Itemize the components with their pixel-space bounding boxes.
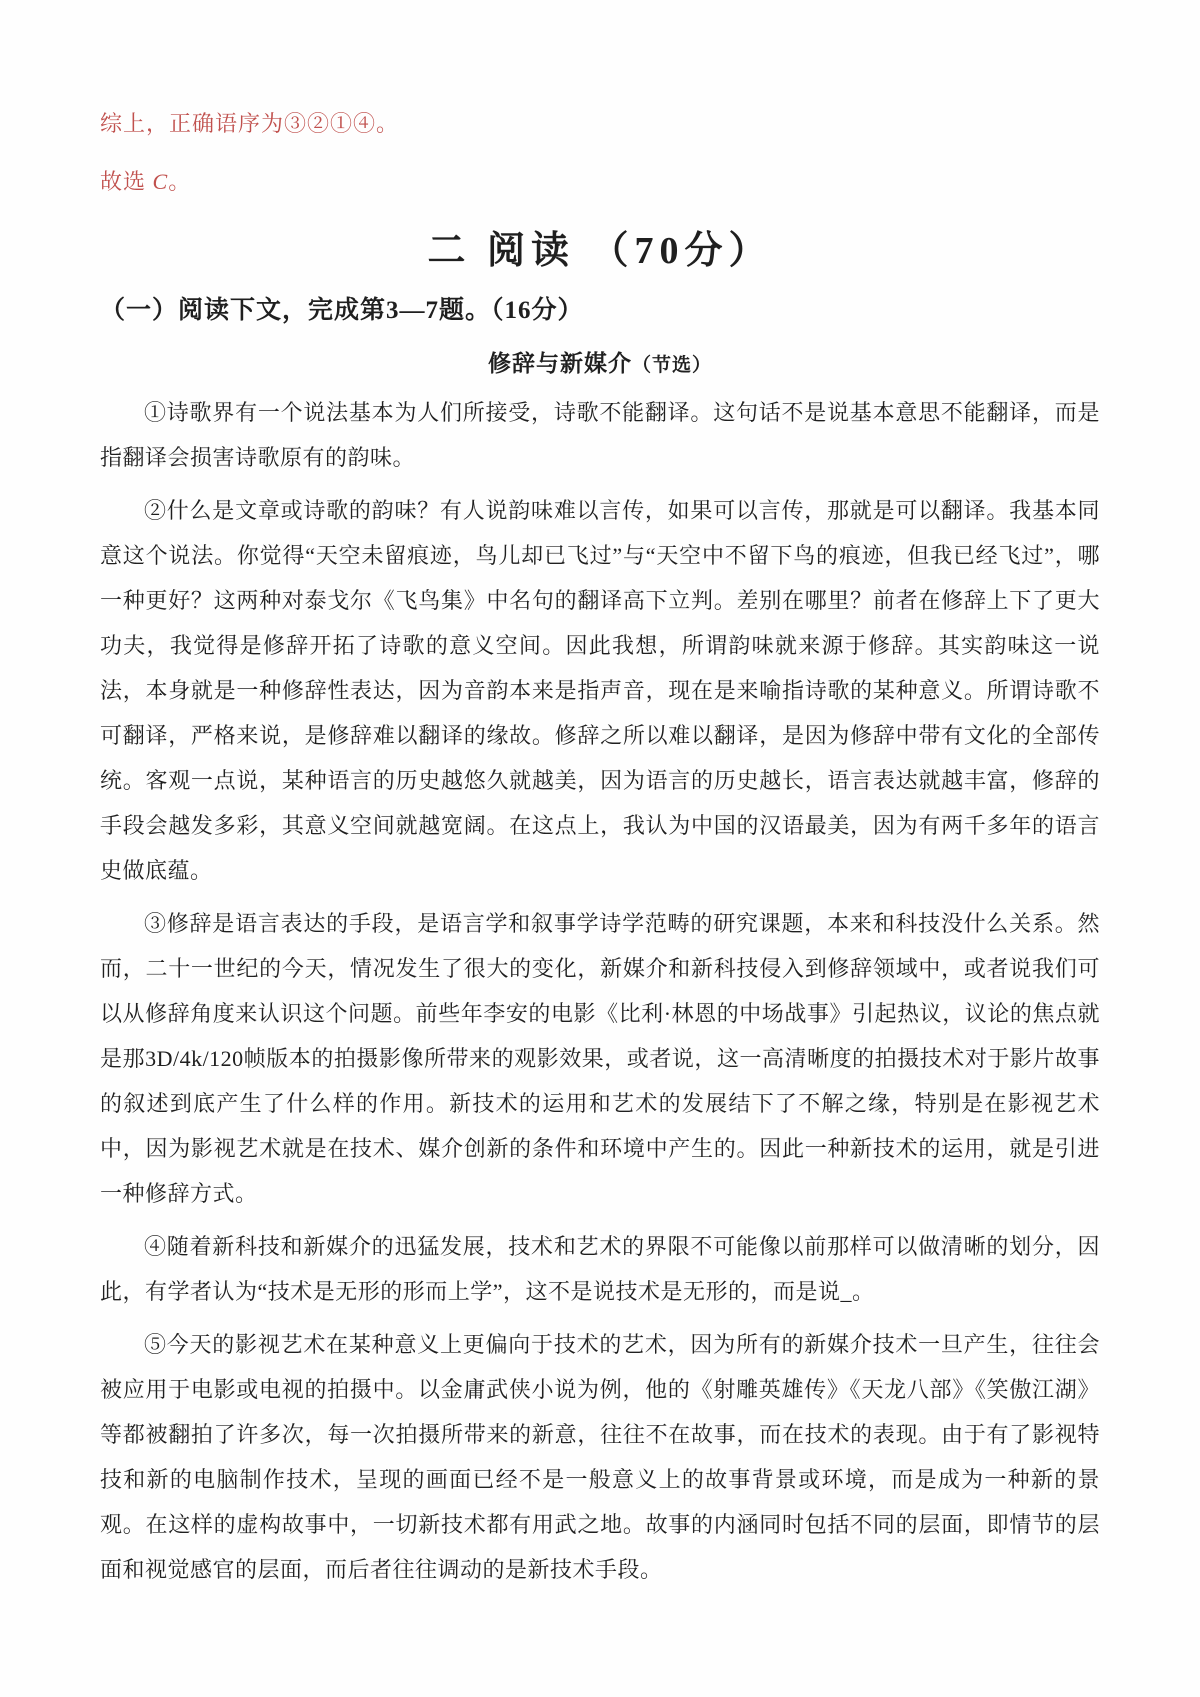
article-title-main: 修辞与新媒介 <box>488 351 632 376</box>
answer-choice-suffix: 。 <box>168 169 191 194</box>
document-page: 综上，正确语序为③②①④。 故选 C。 二 阅读 （70分） （一）阅读下文，完… <box>0 0 1200 1697</box>
article-paragraph-5: ⑤今天的影视艺术在某种意义上更偏向于技术的艺术，因为所有的新媒介技术一旦产生，往… <box>100 1322 1100 1592</box>
section-title: 二 阅读 （70分） <box>100 228 1100 274</box>
article-paragraph-2: ②什么是文章或诗歌的韵味？有人说韵味难以言传，如果可以言传，那就是可以翻译。我基… <box>100 488 1100 893</box>
part-heading: （一）阅读下文，完成第3—7题。（16分） <box>100 296 1100 326</box>
answer-choice-letter: C <box>153 169 169 194</box>
answer-choice-prefix: 故选 <box>100 169 153 194</box>
article-paragraph-4: ④随着新科技和新媒介的迅猛发展，技术和艺术的界限不可能像以前那样可以做清晰的划分… <box>100 1224 1100 1314</box>
answer-note-choice: 故选 C。 <box>100 170 1100 194</box>
article-body: ①诗歌界有一个说法基本为人们所接受，诗歌不能翻译。这句话不是说基本意思不能翻译，… <box>100 390 1100 1592</box>
article-paragraph-1: ①诗歌界有一个说法基本为人们所接受，诗歌不能翻译。这句话不是说基本意思不能翻译，… <box>100 390 1100 480</box>
article-title: 修辞与新媒介（节选） <box>100 350 1100 380</box>
article-title-suffix: （节选） <box>632 355 712 376</box>
answer-note-order: 综上，正确语序为③②①④。 <box>100 112 1100 136</box>
article-paragraph-3: ③修辞是语言表达的手段，是语言学和叙事学诗学范畴的研究课题，本来和科技没什么关系… <box>100 901 1100 1216</box>
